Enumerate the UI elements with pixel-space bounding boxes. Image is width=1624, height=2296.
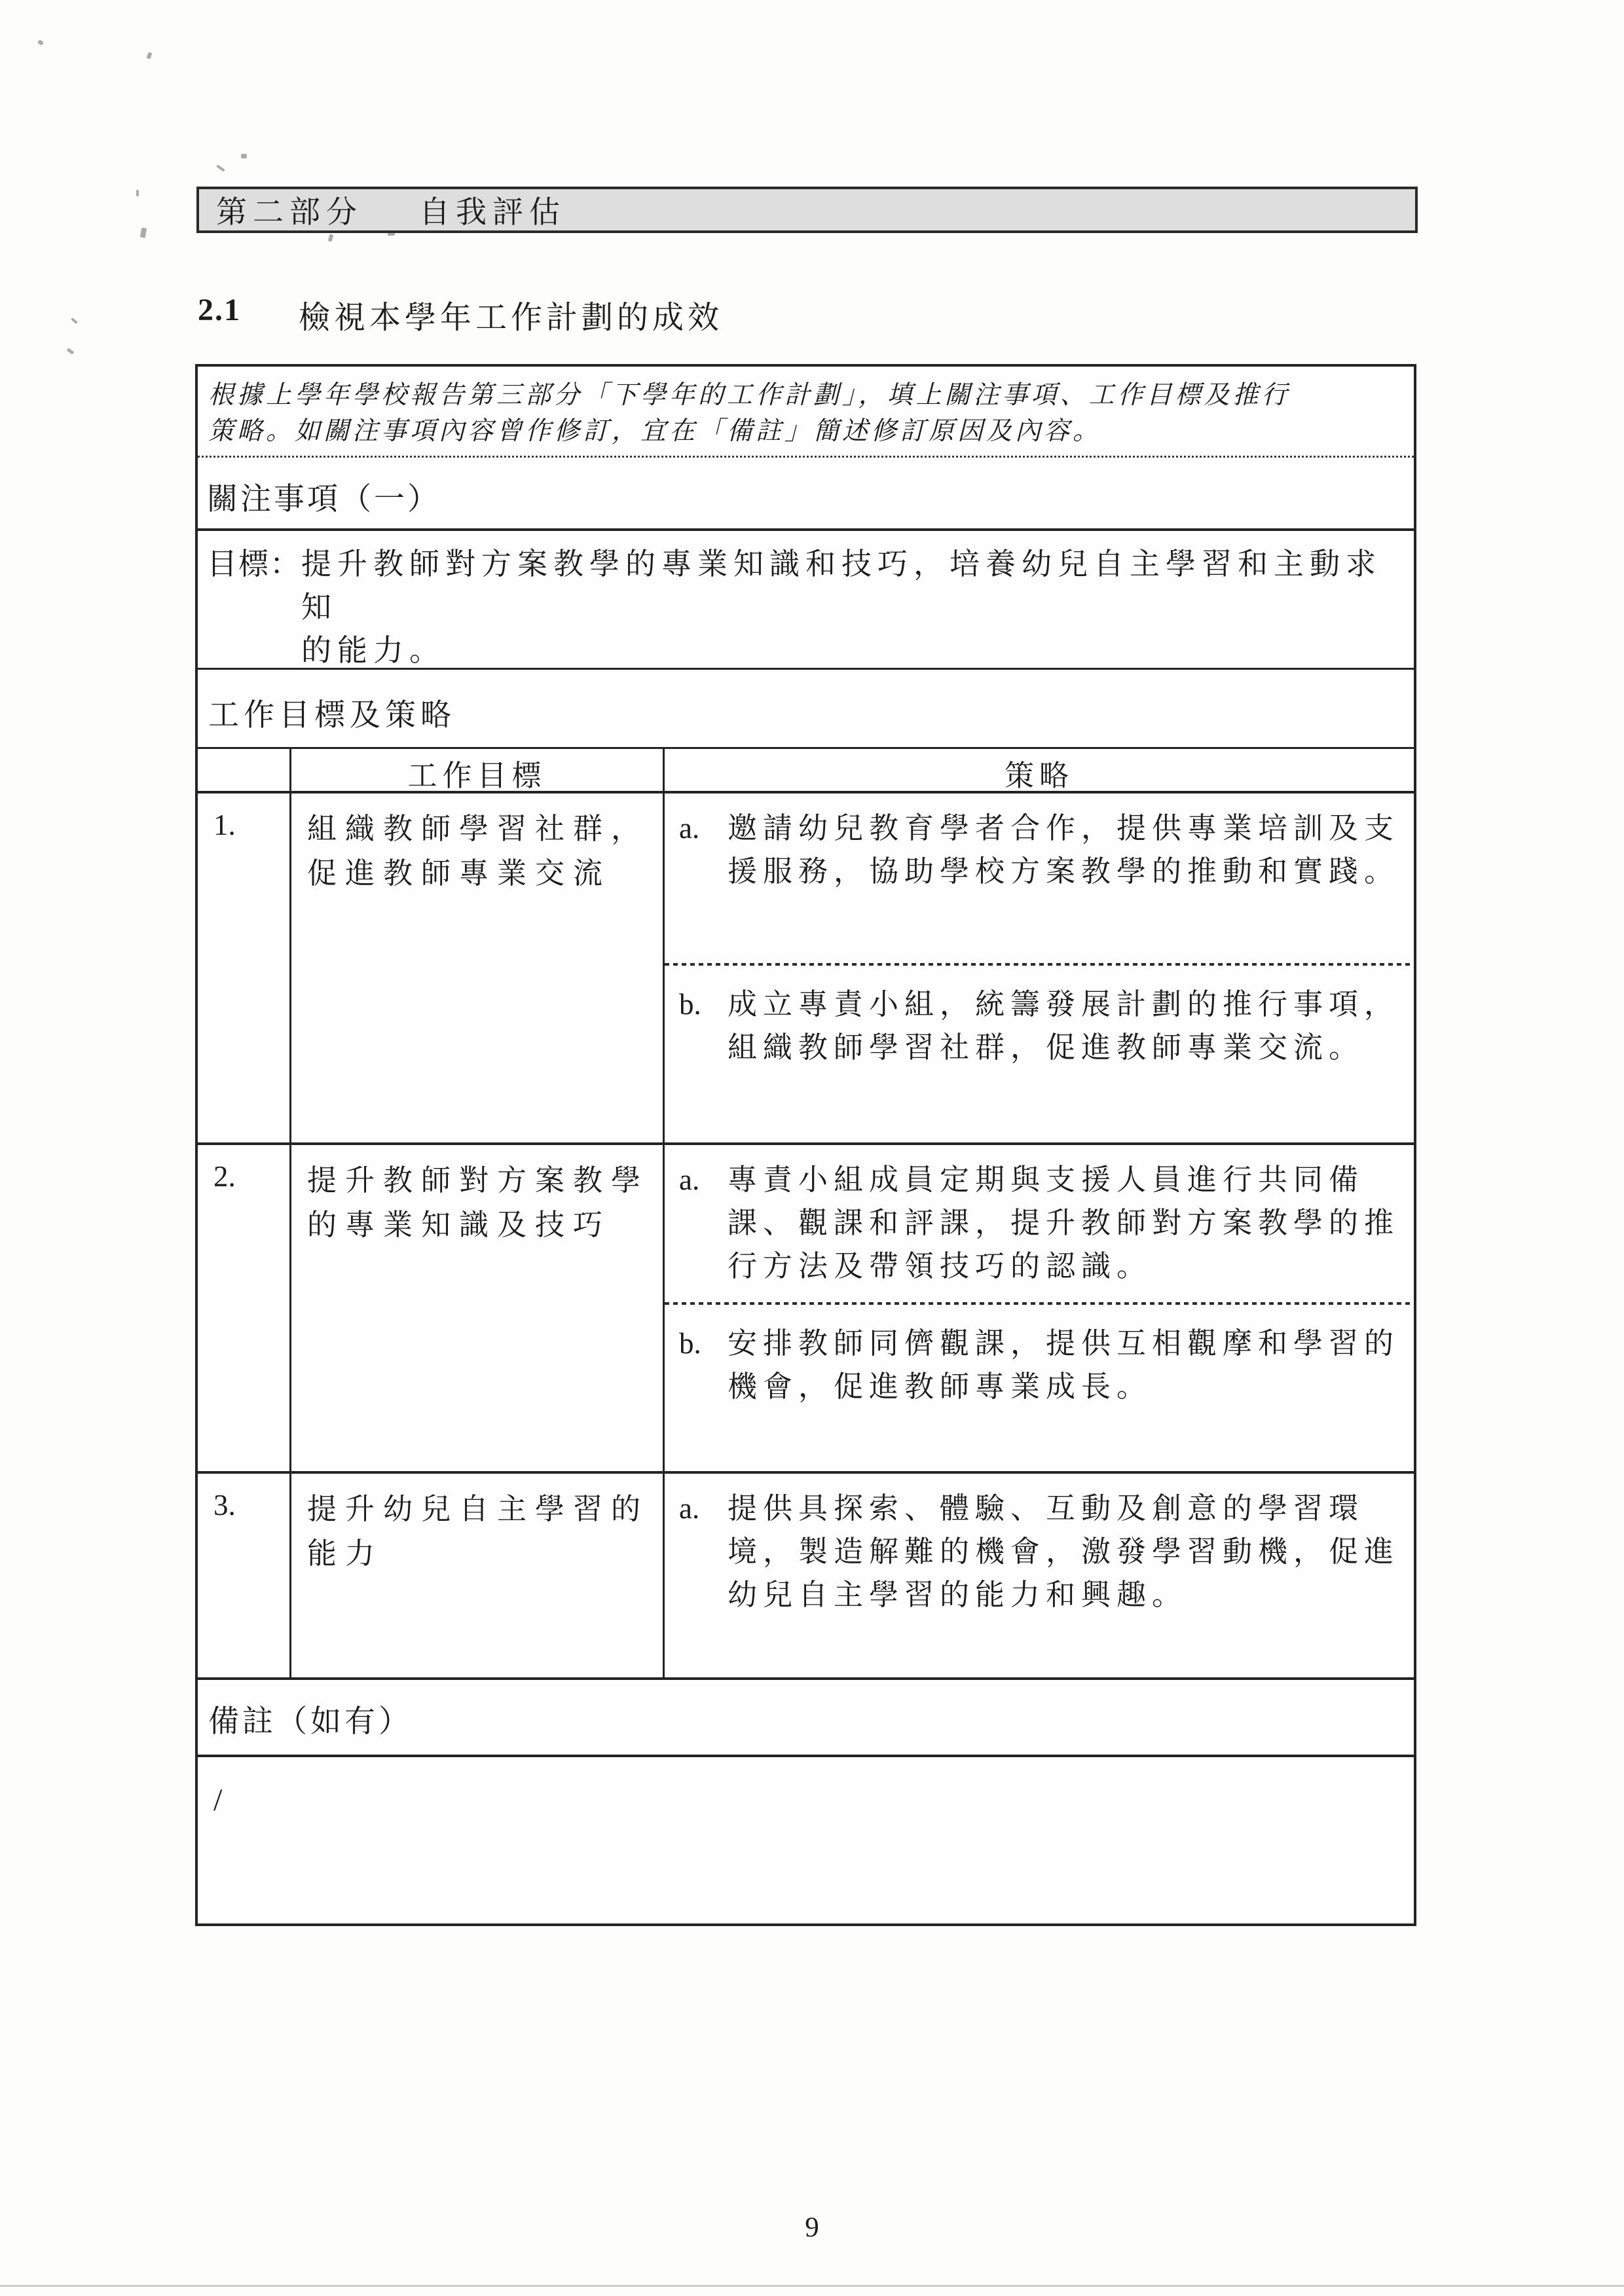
part-header-bar: 第二部分 自我評估 (196, 187, 1418, 233)
goal-label: 目標： (207, 543, 301, 668)
instruction-row: 根據上學年學校報告第三部分「下學年的工作計劃」，填上關注事項、工作目標及推行 策… (198, 367, 1414, 458)
strategy-cell: a. 邀請幼兒教育學者合作，提供專業培訓及支 援服務，協助學校方案教學的推動和實… (663, 793, 1414, 1142)
strategy-label: a. (679, 1487, 728, 1616)
strategy-text: 提供具探索、體驗、互動及創意的學習環 境，製造解難的機會，激發學習動機，促進 幼… (728, 1487, 1403, 1616)
strategy-text: 邀請幼兒教育學者合作，提供專業培訓及支 援服務，協助學校方案教學的推動和實踐。 (728, 807, 1403, 963)
scan-speck (136, 190, 139, 196)
remarks-content-row: / (198, 1757, 1414, 1923)
goal-text: 提升教師對方案教學的專業知識和技巧，培養幼兒自主學習和主動求知 的能力。 (301, 543, 1405, 668)
part-label: 第二部分 (216, 188, 363, 232)
work-goals-heading-row: 工作目標及策略 (198, 670, 1414, 749)
remarks-heading-row: 備註（如有） (198, 1680, 1414, 1757)
work-goal-row: 2. 提升教師對方案教學 的專業知識及技巧 a. 專責小組成員定期與支援人員進行… (198, 1145, 1414, 1474)
strategy-text: 專責小組成員定期與支援人員進行共同備 課、觀課和評課，提升教師對方案教學的推 行… (728, 1158, 1403, 1302)
work-goal-row: 3. 提升幼兒自主學習的 能力 a. 提供具探索、體驗、互動及創意的學習環 境，… (198, 1474, 1414, 1680)
row-number-cell: 3. (198, 1474, 289, 1677)
page-bottom-edge (0, 2285, 1624, 2287)
scanned-document-page: 第二部分 自我評估 2.1 檢視本學年工作計劃的成效 根據上學年學校報告第三部分… (0, 0, 1624, 2296)
strategy-cell: a. 專責小組成員定期與支援人員進行共同備 課、觀課和評課，提升教師對方案教學的… (663, 1145, 1414, 1471)
remarks-value: / (213, 1783, 222, 1817)
concern-heading-row: 關注事項（一） (198, 458, 1414, 531)
strategy-label: a. (679, 807, 728, 963)
goal-cell: 提升教師對方案教學 的專業知識及技巧 (289, 1145, 663, 1471)
col-header-index (198, 749, 289, 791)
scan-speck (328, 234, 334, 242)
scan-speck (216, 164, 225, 172)
goal-cell: 提升幼兒自主學習的 能力 (289, 1474, 663, 1677)
strategy-text: 成立專責小組，統籌發展計劃的推行事項， 組織教師學習社群，促進教師專業交流。 (728, 983, 1403, 1069)
strategy-label: b. (679, 983, 728, 1069)
part-title: 自我評估 (419, 188, 566, 232)
strategy-item: b. 安排教師同儕觀課，提供互相觀摩和學習的 機會，促進教師專業成長。 (665, 1305, 1414, 1408)
strategy-cell: a. 提供具探索、體驗、互動及創意的學習環 境，製造解難的機會，激發學習動機，促… (663, 1474, 1414, 1677)
evaluation-form-table: 根據上學年學校報告第三部分「下學年的工作計劃」，填上關注事項、工作目標及推行 策… (195, 364, 1416, 1926)
row-number-cell: 1. (198, 793, 289, 1142)
strategy-label: a. (679, 1158, 728, 1302)
col-header-strategy: 策略 (663, 749, 1414, 791)
row-number-cell: 2. (198, 1145, 289, 1471)
goal-cell: 組織教師學習社群， 促進教師專業交流 (289, 793, 663, 1142)
scan-speck (67, 348, 75, 354)
strategy-text: 安排教師同儕觀課，提供互相觀摩和學習的 機會，促進教師專業成長。 (728, 1322, 1403, 1408)
goal-row: 目標： 提升教師對方案教學的專業知識和技巧，培養幼兒自主學習和主動求知 的能力。 (198, 531, 1414, 670)
section-number: 2.1 (198, 292, 241, 337)
column-header-row: 工作目標 策略 (198, 749, 1414, 793)
work-goal-row: 1. 組織教師學習社群， 促進教師專業交流 a. 邀請幼兒教育學者合作，提供專業… (198, 793, 1414, 1145)
scan-speck (241, 154, 247, 158)
strategy-label: b. (679, 1322, 728, 1408)
section-heading: 2.1 檢視本學年工作計劃的成效 (198, 292, 723, 337)
strategy-item: a. 邀請幼兒教育學者合作，提供專業培訓及支 援服務，協助學校方案教學的推動和實… (665, 793, 1414, 963)
section-title: 檢視本學年工作計劃的成效 (299, 292, 723, 337)
scan-speck (140, 227, 147, 238)
col-header-goal: 工作目標 (289, 749, 663, 791)
scan-speck (37, 39, 44, 45)
page-number: 9 (0, 2212, 1624, 2244)
scan-speck (71, 318, 78, 324)
scan-speck (146, 52, 152, 59)
strategy-item: b. 成立專責小組，統籌發展計劃的推行事項， 組織教師學習社群，促進教師專業交流… (665, 966, 1414, 1069)
strategy-item: a. 提供具探索、體驗、互動及創意的學習環 境，製造解難的機會，激發學習動機，促… (665, 1474, 1414, 1616)
strategy-item: a. 專責小組成員定期與支援人員進行共同備 課、觀課和評課，提升教師對方案教學的… (665, 1145, 1414, 1302)
